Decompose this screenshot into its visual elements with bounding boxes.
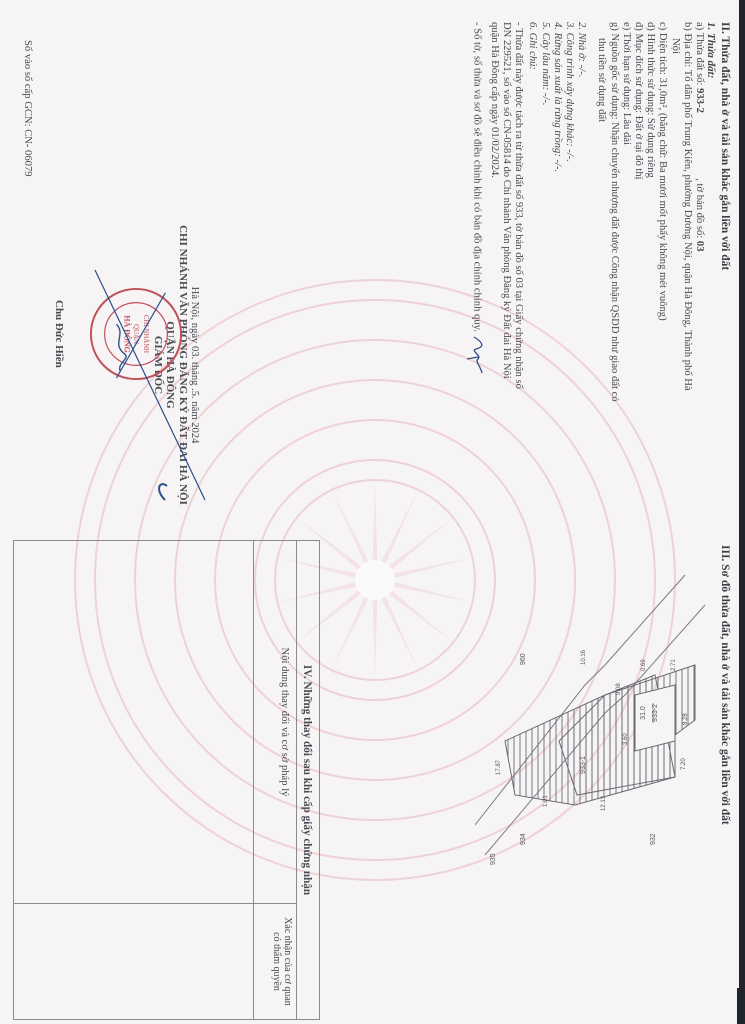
other-works-line: 3. Công trình xây dựng khác: -/-. bbox=[563, 22, 575, 542]
section-land-parcel: II. Thửa đất, nhà ở và tài sản khác gắn … bbox=[466, 22, 731, 542]
parcel-diagram: 933-2 31.0 933-1 932 934 935 960 8.28 7.… bbox=[475, 545, 715, 1005]
svg-text:12.13: 12.13 bbox=[601, 795, 607, 811]
parcel-number-label: a) Thửa đất số: bbox=[694, 22, 705, 86]
map-sheet-number: 03 bbox=[694, 241, 705, 252]
parcel-subheading: 1. Thửa đất: bbox=[705, 22, 717, 542]
svg-text:2.71: 2.71 bbox=[671, 659, 677, 671]
usage-origin: g) Nguồn gốc sử dụng: Nhận chuyển nhượng… bbox=[607, 22, 619, 542]
changes-table-header: Nội dung thay đổi và cơ sở pháp lý Xác n… bbox=[253, 541, 296, 1019]
svg-text:7.20: 7.20 bbox=[681, 758, 687, 770]
changes-table-body bbox=[13, 541, 253, 1019]
change-content-cell bbox=[13, 541, 253, 904]
area-line: c) Diện tích: 31,0m², (bằng chữ: Ba mươi… bbox=[656, 22, 668, 542]
initial-signature-icon bbox=[466, 335, 488, 375]
note-line: - Số tờ, số thửa và sơ đồ sẽ điều chỉnh … bbox=[471, 22, 482, 332]
changes-table: IV. Những thay đổi sau khi cấp giấy chứn… bbox=[13, 540, 320, 1020]
svg-text:10.16: 10.16 bbox=[581, 649, 587, 665]
svg-text:17.87: 17.87 bbox=[496, 759, 502, 775]
signer-name: Chu Đức Hiền bbox=[53, 300, 65, 368]
col2-line2: có thẩm quyền bbox=[271, 904, 282, 1019]
section4-heading: IV. Những thay đổi sau khi cấp giấy chứn… bbox=[296, 541, 319, 1019]
svg-text:0.69: 0.69 bbox=[641, 659, 647, 671]
parcel-number: 933-2 bbox=[694, 88, 705, 113]
svg-text:9.08: 9.08 bbox=[616, 683, 622, 695]
section3-heading: III. Sơ đồ thửa đất, nhà ở và tài sản kh… bbox=[719, 545, 731, 1015]
col-authority-confirmation: Xác nhận của cơ quan có thẩm quyền bbox=[254, 904, 296, 1019]
usage-term: e) Thời hạn sử dụng: Lâu dài bbox=[620, 22, 632, 542]
svg-text:932: 932 bbox=[650, 833, 657, 845]
section-diagram: III. Sơ đồ thửa đất, nhà ở và tài sản kh… bbox=[717, 545, 731, 1015]
authority-cell bbox=[13, 904, 253, 1019]
house-line: 2. Nhà ở: -/-. bbox=[575, 22, 587, 542]
usage-purpose: đ) Mục đích sử dụng: Đất ở tại đô thị bbox=[632, 22, 644, 542]
forest-line: 4. Rừng sản xuất là rừng trồng: -/-. bbox=[551, 22, 563, 542]
address-line: b) Địa chỉ: Tổ dân phố Trung Kiên, phườn… bbox=[681, 22, 693, 542]
svg-text:31.0: 31.0 bbox=[640, 706, 647, 720]
page-edge-shadow bbox=[739, 0, 745, 1024]
svg-text:3.60: 3.60 bbox=[623, 733, 629, 745]
col2-line1: Xác nhận của cơ quan bbox=[282, 904, 293, 1019]
svg-text:933-1: 933-1 bbox=[580, 756, 587, 774]
svg-text:934: 934 bbox=[520, 833, 527, 845]
note-line: quận Hà Đông cấp ngày 01/02/2024. bbox=[488, 22, 500, 542]
note-line: DN 229521, số vào sổ CN-05814 do Chi nhá… bbox=[500, 22, 512, 542]
certificate-page: II. Thửa đất, nhà ở và tài sản khác gắn … bbox=[0, 0, 745, 1024]
svg-text:935: 935 bbox=[490, 853, 497, 865]
svg-text:960: 960 bbox=[520, 653, 527, 665]
map-sheet-label: , tờ bản đồ số: bbox=[694, 178, 705, 238]
usage-origin-cont: thu tiền sử dụng đất bbox=[595, 22, 607, 542]
usage-form: d) Hình thức sử dụng: Sử dụng riêng bbox=[644, 22, 656, 542]
address-cont: Nội bbox=[668, 22, 680, 542]
director-signature-icon bbox=[75, 250, 225, 510]
notes-list: - Thửa đất này được tách ra từ thửa đất … bbox=[466, 22, 525, 542]
perennial-line: 5. Cây lâu năm: -/-. bbox=[538, 22, 550, 542]
gcn-register-number: Số vào sổ cấp GCN: CN- 06079 bbox=[22, 40, 33, 177]
svg-text:8.28: 8.28 bbox=[683, 713, 689, 725]
svg-text:1.91: 1.91 bbox=[543, 795, 549, 807]
note-line: - Thửa đất này được tách ra từ thửa đất … bbox=[512, 22, 524, 542]
section2-heading: II. Thửa đất, nhà ở và tài sản khác gắn … bbox=[719, 22, 731, 542]
notes-label: 6. Ghi chú: bbox=[526, 22, 538, 542]
page-edge-shadow bbox=[737, 988, 745, 1024]
col-change-content: Nội dung thay đổi và cơ sở pháp lý bbox=[254, 541, 296, 904]
